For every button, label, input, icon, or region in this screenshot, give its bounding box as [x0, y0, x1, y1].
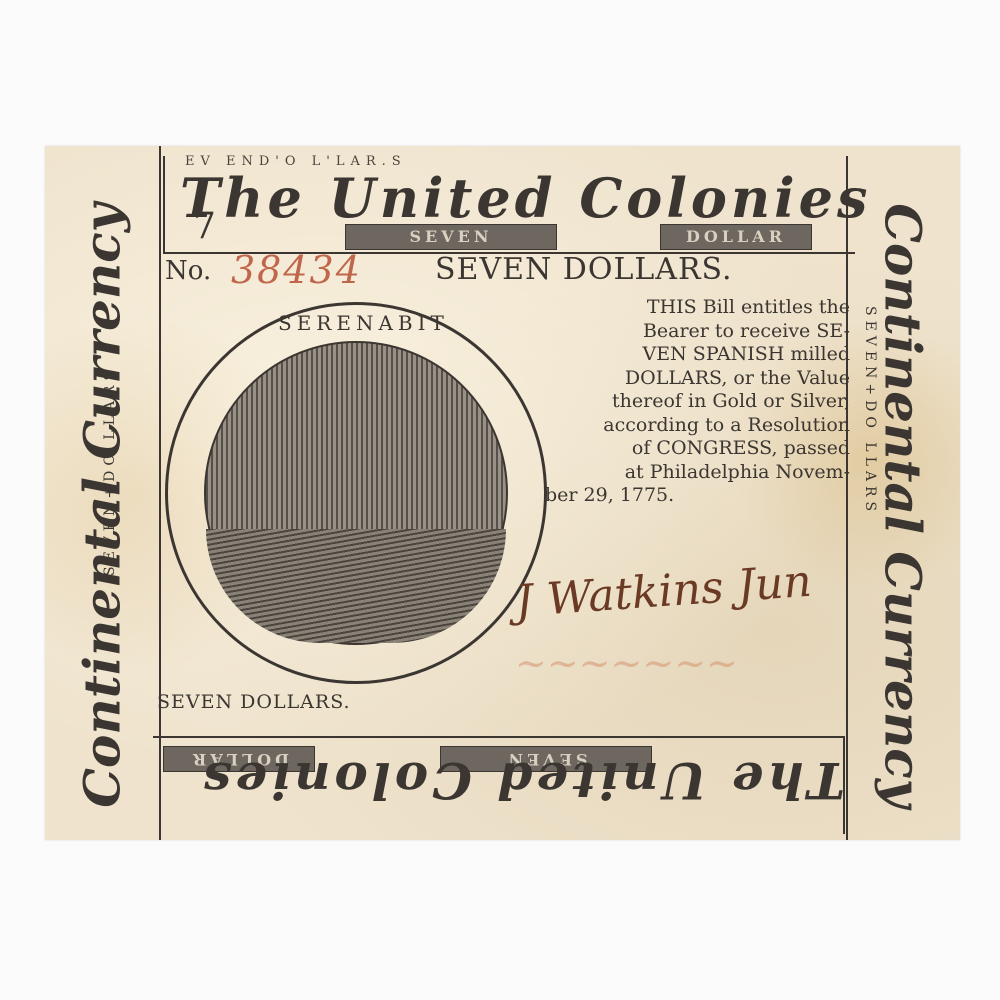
bottom-label: SEVEN DOLLARS. [157, 691, 351, 713]
bill-line: according to a Resolution [545, 414, 850, 438]
right-border-small-text: SEVEN+DO LLARS [862, 306, 878, 516]
seal: SERENABIT [165, 302, 547, 684]
continental-currency-note: Continental Currency SEVEN+DO LLARS Cont… [45, 146, 960, 840]
left-border-small-text: SEVEN+DO LLARS [102, 366, 118, 576]
seal-motto: SERENABIT [278, 311, 449, 335]
faded-signature: ~~~~~~~ [515, 641, 738, 685]
top-box-seven: SEVEN [345, 224, 557, 250]
bill-line: VEN SPANISH milled [545, 343, 850, 367]
seal-engraving-storm [204, 341, 508, 645]
title-bottom-inverted: The United Colonies [165, 751, 845, 810]
denomination-numeral: 7 [193, 206, 216, 247]
serial-prefix: No. [165, 256, 211, 286]
heading: SEVEN DOLLARS. [435, 252, 733, 287]
bill-line: ber 29, 1775. [545, 484, 850, 508]
bill-line: THIS Bill entitles the [545, 296, 850, 320]
left-border-panel: Continental Currency SEVEN+DO LLARS [47, 146, 161, 840]
bill-text: THIS Bill entitles the Bearer to receive… [545, 296, 850, 508]
signature: J Watkins Jun [514, 556, 814, 628]
right-border-panel: Continental Currency SEVEN+DO LLARS [846, 156, 960, 840]
bill-line: at Philadelphia Novem- [545, 461, 850, 485]
bill-line: Bearer to receive SE- [545, 320, 850, 344]
seal-engraving-landscape [206, 529, 506, 643]
bill-line: DOLLARS, or the Value [545, 367, 850, 391]
title-top: The United Colonies [180, 166, 840, 230]
bill-line: thereof in Gold or Silver, [545, 390, 850, 414]
bill-line: of CONGRESS, passed [545, 437, 850, 461]
top-box-dollar: DOLLAR [660, 224, 812, 250]
serial-number: 38434 [231, 248, 362, 292]
right-border-script: Continental Currency [874, 196, 933, 816]
